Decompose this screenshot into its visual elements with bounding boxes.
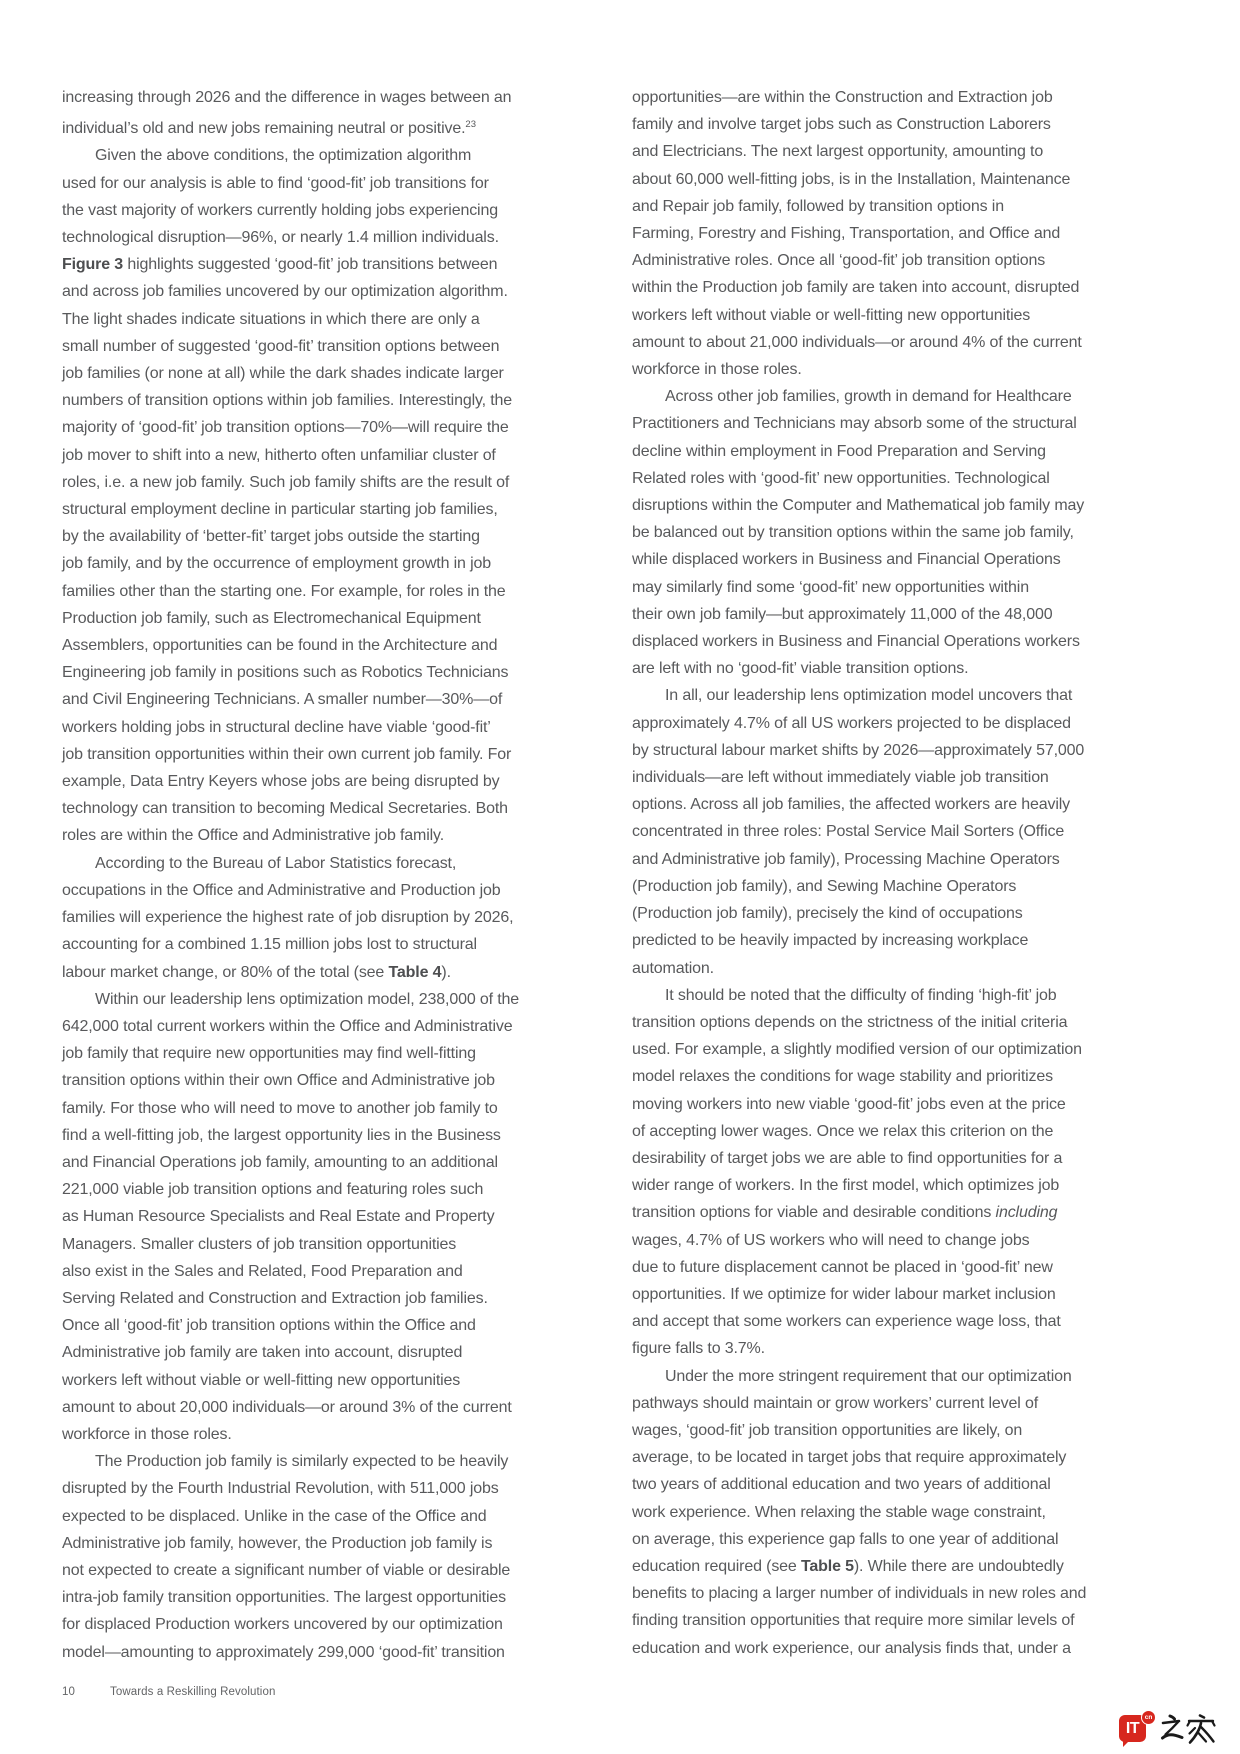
text-line: automation. bbox=[632, 955, 1184, 982]
text-line: Farming, Forestry and Fishing, Transport… bbox=[632, 220, 1184, 247]
text-line: small number of suggested ‘good-fit’ tra… bbox=[62, 333, 614, 360]
text-line: pathways should maintain or grow workers… bbox=[632, 1390, 1184, 1417]
text-line: within the Production job family are tak… bbox=[632, 274, 1184, 301]
text-line: decline within employment in Food Prepar… bbox=[632, 438, 1184, 465]
text-line: displaced workers in Business and Financ… bbox=[632, 628, 1184, 655]
text-line: job family that require new opportunitie… bbox=[62, 1040, 614, 1067]
text-line: In all, our leadership lens optimization… bbox=[632, 682, 1184, 709]
text-line: Assemblers, opportunities can be found i… bbox=[62, 632, 614, 659]
text-line: (Production job family), precisely the k… bbox=[632, 900, 1184, 927]
text-line: transition options for viable and desira… bbox=[632, 1199, 1184, 1226]
text-line: families other than the starting one. Fo… bbox=[62, 578, 614, 605]
text-line: amount to about 20,000 individuals—or ar… bbox=[62, 1394, 614, 1421]
text-line: education required (see Table 5). While … bbox=[632, 1553, 1184, 1580]
page-footer: 10Towards a Reskilling Revolution bbox=[62, 1686, 275, 1698]
text-line: Within our leadership lens optimization … bbox=[62, 986, 614, 1013]
text-line: and Administrative job family), Processi… bbox=[632, 846, 1184, 873]
text-line: transition options depends on the strict… bbox=[632, 1009, 1184, 1036]
text-line: wider range of workers. In the first mod… bbox=[632, 1172, 1184, 1199]
text-line: moving workers into new viable ‘good-fit… bbox=[632, 1091, 1184, 1118]
text-line: figure falls to 3.7%. bbox=[632, 1335, 1184, 1362]
text-line: by structural labour market shifts by 20… bbox=[632, 737, 1184, 764]
text-line: opportunities—are within the Constructio… bbox=[632, 84, 1184, 111]
text-line: Related roles with ‘good-fit’ new opport… bbox=[632, 465, 1184, 492]
ithome-logo-dot-text: cn bbox=[1145, 1714, 1153, 1721]
text-line: workforce in those roles. bbox=[632, 356, 1184, 383]
text-line: individual’s old and new jobs remaining … bbox=[62, 111, 614, 142]
text-line: disrupted by the Fourth Industrial Revol… bbox=[62, 1475, 614, 1502]
text-line: According to the Bureau of Labor Statist… bbox=[62, 850, 614, 877]
text-line: and Repair job family, followed by trans… bbox=[632, 193, 1184, 220]
ithome-logo-box-text: IT bbox=[1126, 1720, 1139, 1738]
text-line: and accept that some workers can experie… bbox=[632, 1308, 1184, 1335]
text-line: roles are within the Office and Administ… bbox=[62, 822, 614, 849]
text-line: average, to be located in target jobs th… bbox=[632, 1444, 1184, 1471]
text-line: work experience. When relaxing the stabl… bbox=[632, 1499, 1184, 1526]
text-line: It should be noted that the difficulty o… bbox=[632, 982, 1184, 1009]
text-line: workers left without viable or well-fitt… bbox=[62, 1367, 614, 1394]
text-line: The Production job family is similarly e… bbox=[62, 1448, 614, 1475]
text-line: technological disruption—96%, or nearly … bbox=[62, 224, 614, 251]
text-line: increasing through 2026 and the differen… bbox=[62, 84, 614, 111]
text-line: Production job family, such as Electrome… bbox=[62, 605, 614, 632]
text-line: opportunities. If we optimize for wider … bbox=[632, 1281, 1184, 1308]
text-line: used for our analysis is able to find ‘g… bbox=[62, 170, 614, 197]
text-line: model relaxes the conditions for wage st… bbox=[632, 1063, 1184, 1090]
text-line: by the availability of ‘better-fit’ targ… bbox=[62, 523, 614, 550]
text-line: education and work experience, our analy… bbox=[632, 1635, 1184, 1662]
text-line: not expected to create a significant num… bbox=[62, 1557, 614, 1584]
text-line: amount to about 21,000 individuals—or ar… bbox=[632, 329, 1184, 356]
text-line: expected to be displaced. Unlike in the … bbox=[62, 1503, 614, 1530]
text-line: desirability of target jobs we are able … bbox=[632, 1145, 1184, 1172]
text-line: Under the more stringent requirement tha… bbox=[632, 1363, 1184, 1390]
text-line: about 60,000 well-fitting jobs, is in th… bbox=[632, 166, 1184, 193]
text-line: 221,000 viable job transition options an… bbox=[62, 1176, 614, 1203]
text-line: the vast majority of workers currently h… bbox=[62, 197, 614, 224]
text-line: workers left without viable or well-fitt… bbox=[632, 302, 1184, 329]
text-line: numbers of transition options within job… bbox=[62, 387, 614, 414]
text-line: family. For those who will need to move … bbox=[62, 1095, 614, 1122]
text-line: Serving Related and Construction and Ext… bbox=[62, 1285, 614, 1312]
text-line: concentrated in three roles: Postal Serv… bbox=[632, 818, 1184, 845]
text-line: accounting for a combined 1.15 million j… bbox=[62, 931, 614, 958]
text-line: model—amounting to approximately 299,000… bbox=[62, 1639, 614, 1666]
text-line: Managers. Smaller clusters of job transi… bbox=[62, 1231, 614, 1258]
text-line: as Human Resource Specialists and Real E… bbox=[62, 1203, 614, 1230]
text-line: Across other job families, growth in dem… bbox=[632, 383, 1184, 410]
text-line: are left with no ‘good-fit’ viable trans… bbox=[632, 655, 1184, 682]
text-line: job transition opportunities within thei… bbox=[62, 741, 614, 768]
text-line: approximately 4.7% of all US workers pro… bbox=[632, 710, 1184, 737]
text-line: Administrative job family, however, the … bbox=[62, 1530, 614, 1557]
text-line: Administrative job family are taken into… bbox=[62, 1339, 614, 1366]
document-page: increasing through 2026 and the differen… bbox=[0, 0, 1240, 1754]
ithome-logo-dot: cn bbox=[1141, 1710, 1156, 1725]
text-line: Given the above conditions, the optimiza… bbox=[62, 142, 614, 169]
text-line: structural employment decline in particu… bbox=[62, 496, 614, 523]
text-line: technology can transition to becoming Me… bbox=[62, 795, 614, 822]
text-line: options. Across all job families, the af… bbox=[632, 791, 1184, 818]
text-line: finding transition opportunities that re… bbox=[632, 1607, 1184, 1634]
text-line: intra-job family transition opportunitie… bbox=[62, 1584, 614, 1611]
text-line: individuals—are left without immediately… bbox=[632, 764, 1184, 791]
text-line: while displaced workers in Business and … bbox=[632, 546, 1184, 573]
text-line: for displaced Production workers uncover… bbox=[62, 1611, 614, 1638]
text-line: 642,000 total current workers within the… bbox=[62, 1013, 614, 1040]
page-number: 10 bbox=[62, 1686, 110, 1698]
text-line: workers holding jobs in structural decli… bbox=[62, 714, 614, 741]
text-line: transition options within their own Offi… bbox=[62, 1067, 614, 1094]
text-line: Administrative roles. Once all ‘good-fit… bbox=[632, 247, 1184, 274]
text-line: labour market change, or 80% of the tota… bbox=[62, 959, 614, 986]
text-line: two years of additional education and tw… bbox=[632, 1471, 1184, 1498]
text-line: disruptions within the Computer and Math… bbox=[632, 492, 1184, 519]
text-line: and Electricians. The next largest oppor… bbox=[632, 138, 1184, 165]
text-line: may similarly find some ‘good-fit’ new o… bbox=[632, 574, 1184, 601]
text-line: be balanced out by transition options wi… bbox=[632, 519, 1184, 546]
text-line: and Civil Engineering Technicians. A sma… bbox=[62, 686, 614, 713]
text-line: their own job family—but approximately 1… bbox=[632, 601, 1184, 628]
text-line: workforce in those roles. bbox=[62, 1421, 614, 1448]
text-line: also exist in the Sales and Related, Foo… bbox=[62, 1258, 614, 1285]
text-line: Engineering job family in positions such… bbox=[62, 659, 614, 686]
text-line: on average, this experience gap falls to… bbox=[632, 1526, 1184, 1553]
text-line: Figure 3 highlights suggested ‘good-fit’… bbox=[62, 251, 614, 278]
text-line: job mover to shift into a new, hitherto … bbox=[62, 442, 614, 469]
text-line: family and involve target jobs such as C… bbox=[632, 111, 1184, 138]
text-line: The light shades indicate situations in … bbox=[62, 306, 614, 333]
text-column-left: increasing through 2026 and the differen… bbox=[62, 84, 614, 1666]
text-line: and Financial Operations job family, amo… bbox=[62, 1149, 614, 1176]
footer-report-title: Towards a Reskilling Revolution bbox=[110, 1686, 275, 1698]
text-column-right: opportunities—are within the Constructio… bbox=[632, 84, 1184, 1662]
text-line: of accepting lower wages. Once we relax … bbox=[632, 1118, 1184, 1145]
ithome-logo: IT cn bbox=[1119, 1711, 1219, 1747]
text-line: roles, i.e. a new job family. Such job f… bbox=[62, 469, 614, 496]
text-line: wages, 4.7% of US workers who will need … bbox=[632, 1227, 1184, 1254]
text-line: used. For example, a slightly modified v… bbox=[632, 1036, 1184, 1063]
ithome-cjk-characters-icon bbox=[1160, 1714, 1216, 1745]
text-line: job families (or none at all) while the … bbox=[62, 360, 614, 387]
text-line: job family, and by the occurrence of emp… bbox=[62, 550, 614, 577]
text-line: Practitioners and Technicians may absorb… bbox=[632, 410, 1184, 437]
text-line: (Production job family), and Sewing Mach… bbox=[632, 873, 1184, 900]
text-line: and across job families uncovered by our… bbox=[62, 278, 614, 305]
text-line: majority of ‘good-fit’ job transition op… bbox=[62, 414, 614, 441]
text-line: wages, ‘good-fit’ job transition opportu… bbox=[632, 1417, 1184, 1444]
text-line: example, Data Entry Keyers whose jobs ar… bbox=[62, 768, 614, 795]
text-line: due to future displacement cannot be pla… bbox=[632, 1254, 1184, 1281]
text-line: occupations in the Office and Administra… bbox=[62, 877, 614, 904]
text-line: find a well-fitting job, the largest opp… bbox=[62, 1122, 614, 1149]
text-line: benefits to placing a larger number of i… bbox=[632, 1580, 1184, 1607]
text-line: predicted to be heavily impacted by incr… bbox=[632, 927, 1184, 954]
text-line: Once all ‘good-fit’ job transition optio… bbox=[62, 1312, 614, 1339]
text-line: families will experience the highest rat… bbox=[62, 904, 614, 931]
